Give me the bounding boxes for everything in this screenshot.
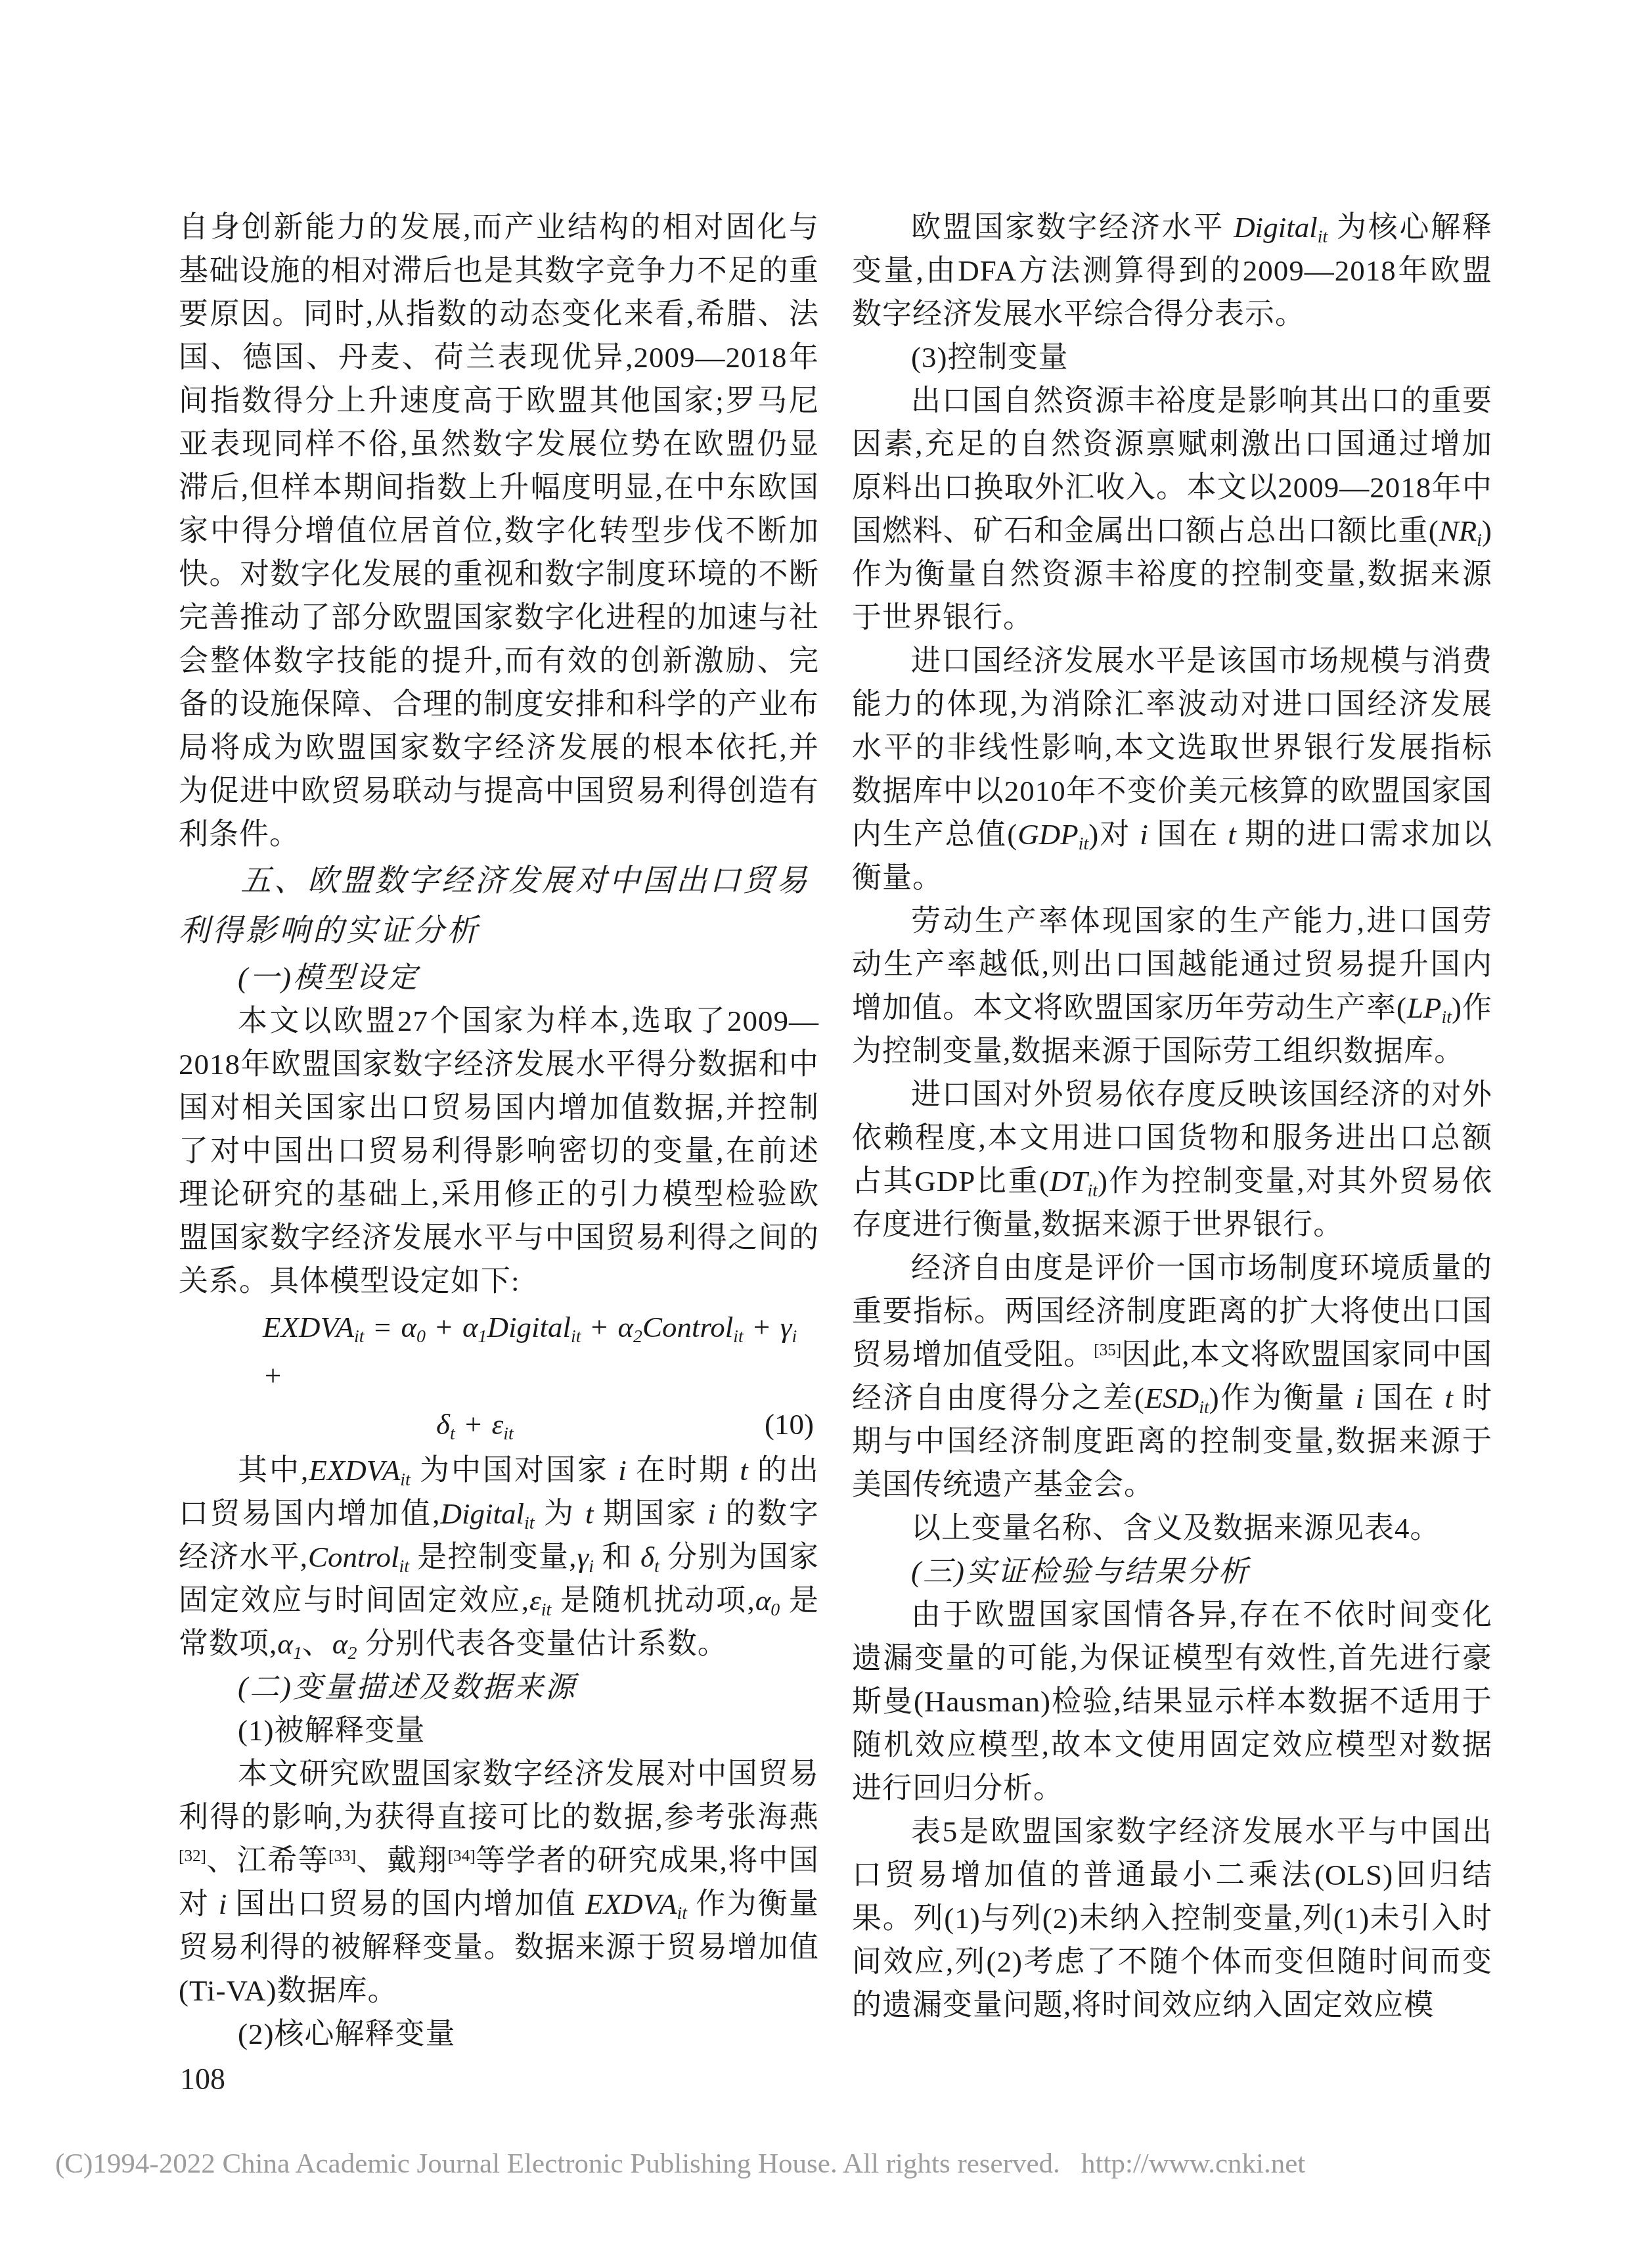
math-subscript: it: [400, 1470, 411, 1490]
explained-variable-paragraph: 本文研究欧盟国家数字经济发展对中国贸易利得的影响,为获得直接可比的数据,参考张海…: [179, 1752, 819, 2012]
math-variable: t: [1444, 1382, 1453, 1414]
math-subscript: it: [677, 1903, 687, 1924]
math-variable: t: [585, 1497, 594, 1530]
citation-reference: [35]: [1094, 1342, 1121, 1359]
equation-number: (10): [765, 1400, 814, 1449]
math-variable: LP: [1407, 991, 1442, 1024]
math-variable: Digital: [487, 1311, 571, 1344]
math-subscript: 2: [347, 1643, 357, 1663]
model-setup-subheading: (一)模型设定: [179, 956, 819, 999]
math-subscript: it: [503, 1424, 514, 1444]
math-subscript: it: [1318, 227, 1328, 247]
math-variable: α: [755, 1584, 771, 1617]
math-variable: i: [1355, 1382, 1364, 1414]
math-subscript: 0: [416, 1326, 426, 1347]
math-subscript: it: [541, 1600, 552, 1620]
page-number: 108: [180, 2063, 225, 2096]
left-column: 自身创新能力的发展,而产业结构的相对固化与基础设施的相对滞后也是其数字竞争力不足…: [179, 206, 819, 2056]
math-subscript: i: [792, 1326, 797, 1347]
math-variable: α: [277, 1627, 293, 1660]
math-subscript: 2: [633, 1326, 642, 1347]
math-subscript: 0: [770, 1600, 780, 1620]
math-subscript: it: [1079, 834, 1089, 854]
math-variable: ESD: [1145, 1382, 1199, 1414]
math-subscript: 1: [293, 1643, 302, 1663]
math-variable: Digital: [1234, 211, 1318, 244]
equation-line-1: EXDVAit = α0 + α1Digitalit + α2Controlit…: [179, 1303, 819, 1400]
math-variable: EXDVA: [309, 1454, 400, 1487]
math-subscript: i: [1477, 530, 1482, 551]
math-subscript: it: [1199, 1397, 1209, 1418]
journal-scan-page: 自身创新能力的发展,而产业结构的相对固化与基础设施的相对滞后也是其数字竞争力不足…: [0, 0, 1652, 2258]
math-variable: i: [618, 1454, 627, 1487]
math-subscript: t: [654, 1556, 659, 1577]
math-variable: Control: [642, 1311, 733, 1344]
control-variable-item: (3)控制变量: [852, 336, 1492, 379]
math-variable: GDP: [1017, 818, 1078, 851]
math-variable: α: [332, 1627, 348, 1660]
citation-reference: [34]: [448, 1847, 476, 1865]
gdp-paragraph: 进口国经济发展水平是该国市场规模与消费能力的体现,为消除汇率波动对进口国经济发展…: [852, 639, 1492, 899]
math-variable: Digital: [441, 1497, 525, 1530]
math-subscript: it: [571, 1326, 581, 1347]
math-variable: δ: [436, 1408, 450, 1441]
empirical-test-subheading: (三)实证检验与结果分析: [852, 1550, 1492, 1593]
ols-results-paragraph: 表5是欧盟国家数字经济发展水平与中国出口贸易增加值的普通最小二乘法(OLS)回归…: [852, 1810, 1492, 2027]
section-v-heading: 五、欧盟数字经济发展对中国出口贸易利得影响的实证分析: [179, 856, 819, 956]
model-setup-paragraph: 本文以欧盟27个国家为样本,选取了2009—2018年欧盟国家数字经济发展水平得…: [179, 999, 819, 1303]
math-subscript: it: [399, 1556, 409, 1577]
math-subscript: it: [1441, 1007, 1452, 1027]
math-variable: α: [401, 1311, 416, 1344]
math-variable: α: [462, 1311, 478, 1344]
math-variable: ε: [492, 1408, 504, 1441]
math-subscript: i: [589, 1556, 594, 1577]
equation-10: EXDVAit = α0 + α1Digitalit + α2Controlit…: [179, 1303, 819, 1449]
math-variable: t: [740, 1454, 748, 1487]
math-variable: i: [219, 1887, 227, 1920]
math-variable: EXDVA: [585, 1887, 677, 1920]
hausman-test-paragraph: 由于欧盟国家国情各异,存在不依时间变化遗漏变量的可能,为保证模型有效性,首先进行…: [852, 1593, 1492, 1810]
math-variable: i: [1140, 818, 1148, 851]
copyright-footer: (C)1994-2022 China Academic Journal Elec…: [55, 2147, 1305, 2181]
economic-freedom-paragraph: 经济自由度是评价一国市场制度环境质量的重要指标。两国经济制度距离的扩大将使出口国…: [852, 1246, 1492, 1506]
math-subscript: 1: [478, 1326, 487, 1347]
citation-reference: [32]: [179, 1847, 206, 1865]
math-subscript: t: [450, 1424, 455, 1444]
math-variable: EXDVA: [263, 1311, 354, 1344]
citation-reference: [33]: [328, 1847, 356, 1865]
continued-paragraph: 自身创新能力的发展,而产业结构的相对固化与基础设施的相对滞后也是其数字竞争力不足…: [179, 206, 819, 856]
math-variable: Control: [308, 1541, 399, 1573]
math-variable: DT: [1050, 1165, 1088, 1198]
math-variable: γ: [780, 1311, 792, 1344]
variables-subheading: (二)变量描述及数据来源: [179, 1665, 819, 1709]
math-variable: γ: [577, 1541, 589, 1573]
core-variable-item: (2)核心解释变量: [179, 2012, 819, 2056]
math-subscript: it: [733, 1326, 744, 1347]
labor-productivity-paragraph: 劳动生产率体现国家的生产能力,进口国劳动生产率越低,则出口国越能通过贸易提升国内…: [852, 899, 1492, 1073]
math-variable: δ: [640, 1541, 654, 1573]
math-subscript: it: [1088, 1181, 1098, 1201]
math-variable: ε: [529, 1584, 541, 1617]
equation-terms-paragraph: 其中,EXDVAit 为中国对国家 i 在时期 t 的出口贸易国内增加值,Dig…: [179, 1449, 819, 1665]
table4-reference-paragraph: 以上变量名称、含义及数据来源见表4。: [852, 1506, 1492, 1550]
math-variable: NR: [1439, 514, 1477, 547]
math-subscript: it: [524, 1513, 535, 1533]
math-variable: α: [617, 1311, 633, 1344]
math-variable: i: [707, 1497, 716, 1530]
equation-line-2-terms: δt + εit: [436, 1408, 514, 1441]
equation-line-2: δt + εit (10): [179, 1400, 819, 1449]
math-variable: t: [1228, 818, 1236, 851]
math-subscript: it: [354, 1326, 365, 1347]
core-variable-paragraph: 欧盟国家数字经济水平 Digitalit 为核心解释变量,由DFA方法测算得到的…: [852, 206, 1492, 336]
natural-resources-paragraph: 出口国自然资源丰裕度是影响其出口的重要因素,充足的自然资源禀赋刺激出口国通过增加…: [852, 379, 1492, 639]
explained-variable-item: (1)被解释变量: [179, 1709, 819, 1752]
trade-dependence-paragraph: 进口国对外贸易依存度反映该国经济的对外依赖程度,本文用进口国货物和服务进出口总额…: [852, 1073, 1492, 1246]
right-column: 欧盟国家数字经济水平 Digitalit 为核心解释变量,由DFA方法测算得到的…: [852, 206, 1492, 2027]
